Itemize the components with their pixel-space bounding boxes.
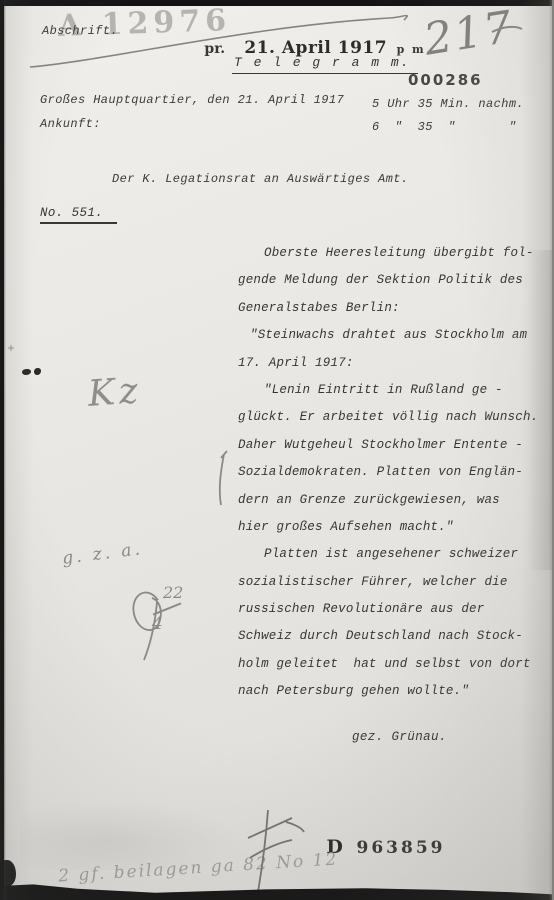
body-line: russischen Revolutionäre aus der: [238, 602, 550, 629]
ink-blot: [22, 369, 31, 375]
body-line: holm geleitet hat und selbst von dort: [238, 657, 550, 684]
dispatch-time: 5 Uhr 35 Min. nachm.: [372, 97, 524, 111]
body-line: "Steinwachs drahtet aus Stockholm am: [238, 328, 550, 355]
body-line: gende Meldung der Sektion Politik des: [238, 273, 550, 300]
date-fraction-denominator: 4: [152, 614, 163, 634]
addressee-line: Der K. Legationsrat an Auswärtiges Amt.: [112, 172, 408, 186]
signature-line: gez. Grünau.: [352, 730, 447, 744]
scan-edge-left: [0, 0, 6, 900]
ankunft-label: Ankunft:: [40, 117, 101, 131]
body-line: Platten ist angesehener schweizer: [238, 547, 550, 574]
telegram-document-scan: A 12976 Abschrift. pr. 21. April 1917 p …: [0, 0, 554, 900]
margin-initials-annotation: Kz: [87, 370, 144, 415]
serial-number-stamp: 000286: [408, 71, 483, 89]
margin-gza-annotation: g. z. a.: [61, 539, 144, 569]
body-line: Daher Wutgeheul Stockholmer Entente -: [238, 438, 550, 465]
body-line: glückt. Er arbeitet völlig nach Wunsch.: [238, 410, 550, 437]
receipt-stamp-pr: pr.: [204, 41, 225, 57]
arrival-time: 6 " 35 " ": [372, 120, 516, 134]
scan-smudge: [20, 800, 240, 870]
body-line: 17. April 1917:: [238, 356, 550, 383]
document-number: No. 551.: [40, 206, 117, 224]
ink-blot: [34, 368, 41, 375]
body-line: "Lenin Eintritt in Rußland ge -: [238, 383, 550, 410]
plus-mark: [8, 345, 14, 351]
body-line: nach Petersburg gehen wollte.": [238, 684, 550, 711]
body-line: Schweiz durch Deutschland nach Stock-: [238, 629, 550, 656]
abschrift-label: Abschrift.: [42, 24, 118, 38]
telegram-body: Oberste Heeresleitung übergibt fol- gend…: [238, 246, 550, 712]
origin-dateline: Großes Hauptquartier, den 21. April 1917: [40, 93, 344, 107]
body-line: Sozialdemokraten. Platten von Englän-: [238, 465, 550, 492]
document-title: T e l e g r a m m.: [232, 55, 418, 74]
date-fraction-numerator: 22: [163, 583, 183, 602]
body-line: dern an Grenze zurückgewiesen, was: [238, 493, 550, 520]
body-line: hier großes Aufsehen macht.": [238, 520, 550, 547]
body-line: Generalstabes Berlin:: [238, 301, 550, 328]
scan-edge-top: [0, 0, 554, 6]
check-mark: [220, 451, 227, 505]
registry-stamp-number: 963859: [357, 838, 446, 858]
body-line: sozialistischer Führer, welcher die: [238, 575, 550, 602]
body-line: Oberste Heeresleitung übergibt fol-: [238, 246, 550, 273]
handwritten-page-number: 217: [421, 1, 518, 65]
scan-edge-right: [549, 0, 554, 900]
